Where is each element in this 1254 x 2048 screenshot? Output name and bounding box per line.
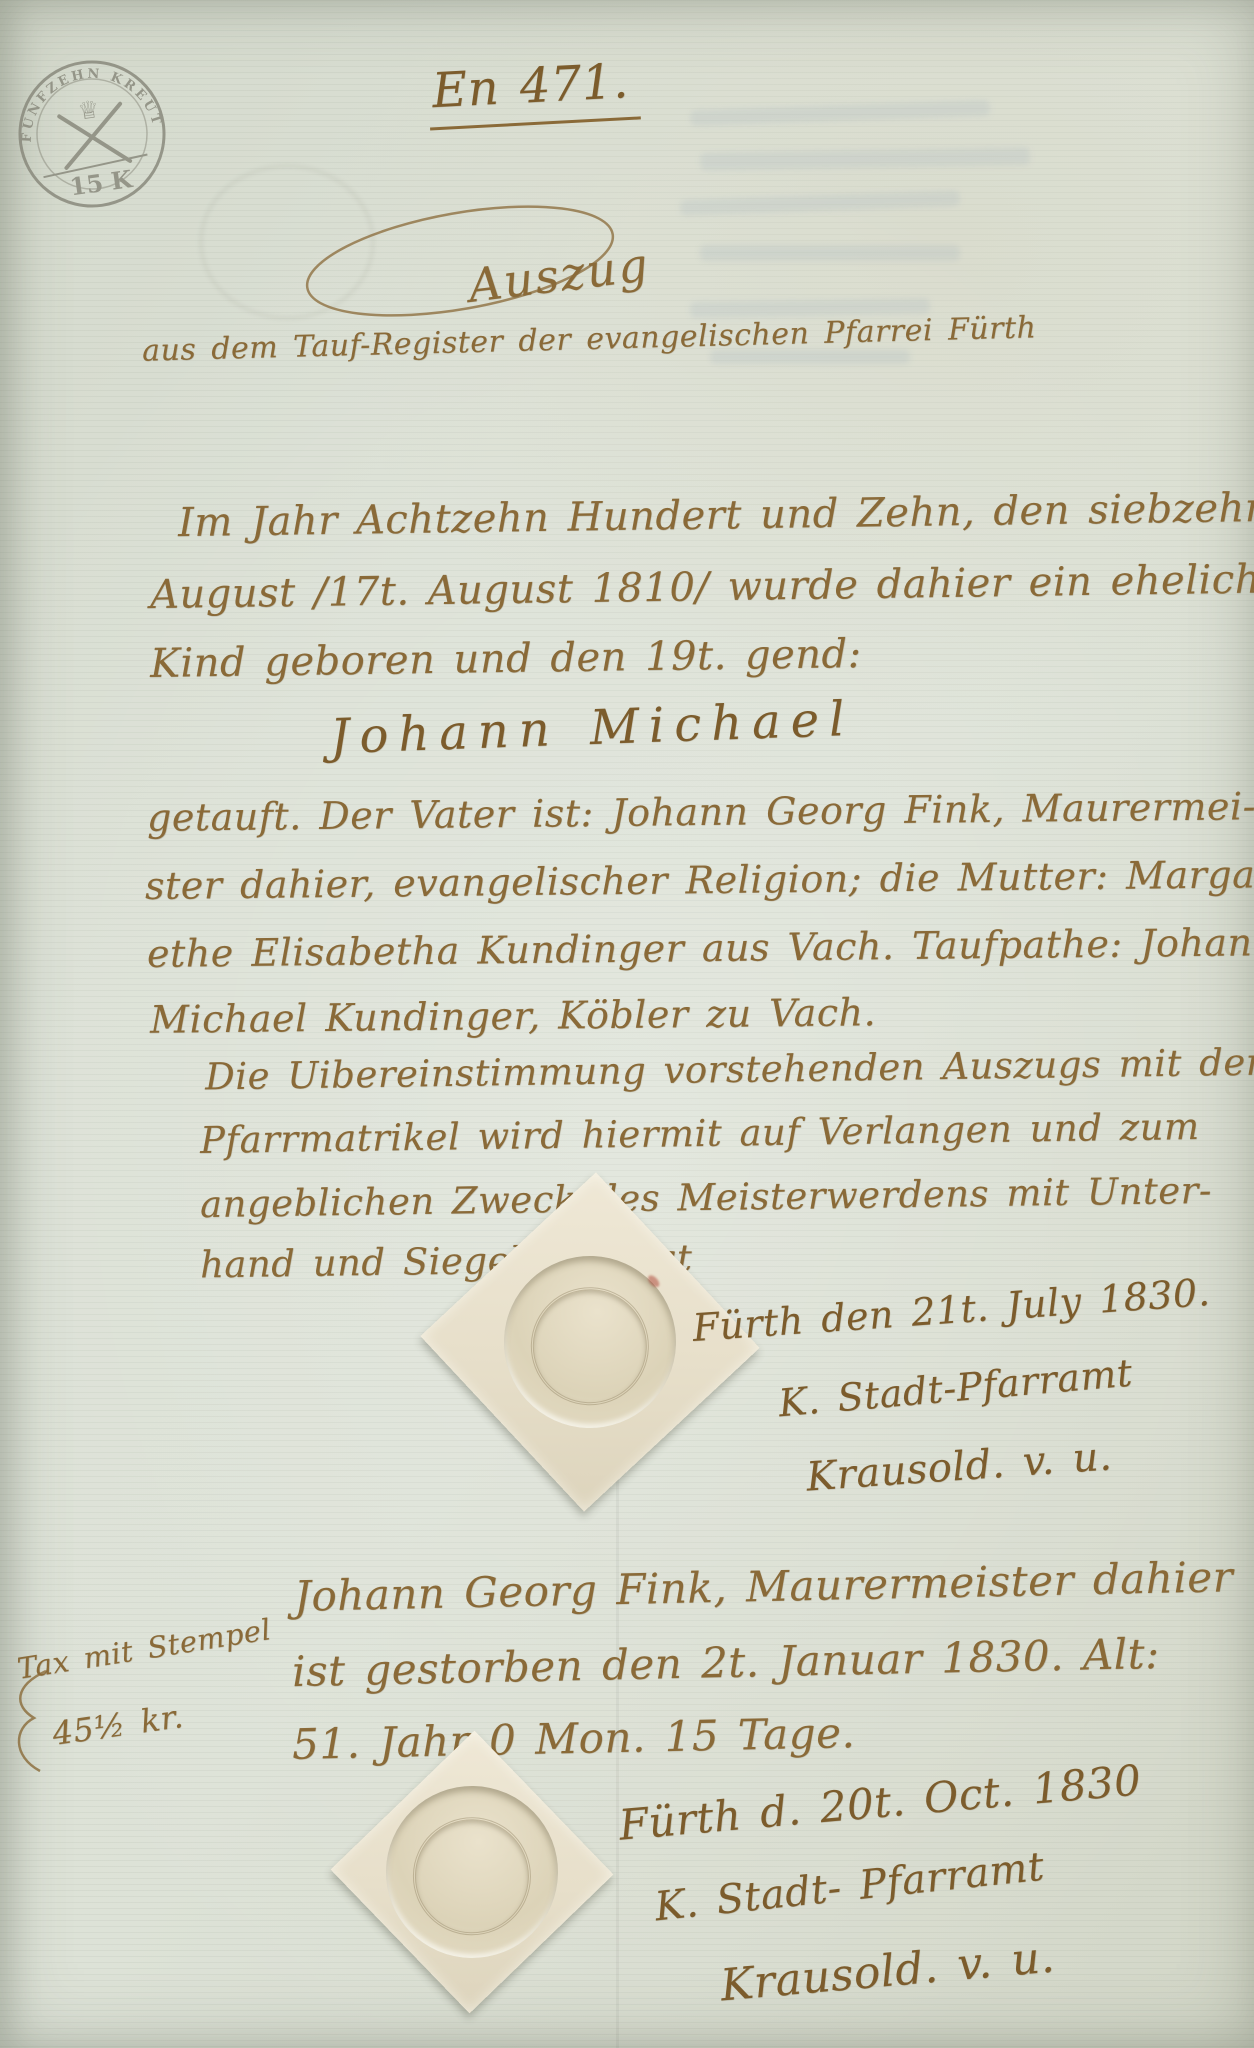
document-scan: FÜNFZEHN KREUTZER ♕ 15 K En 471. Auszug … <box>0 0 1254 2048</box>
signature-place-date-2: Fürth d. 20t. Oct. 1830 <box>617 1755 1143 1849</box>
signature-name-1: Krausold. v. u. <box>805 1433 1114 1500</box>
baptism-entry-line-4: Michael Kundinger, Köbler zu Vach. <box>150 990 877 1042</box>
ink-bleedthrough <box>700 147 1030 171</box>
docket-number: En 471. <box>427 53 640 120</box>
certification-line-1: Die Uibereinstimmung vorstehenden Auszug… <box>205 1041 1254 1099</box>
death-note-line-3: 51. Jahr 0 Mon. 15 Tage. <box>292 1708 856 1769</box>
signature-place-date-1: Fürth den 21t. July 1830. <box>691 1270 1211 1350</box>
baptism-entry-line-3: ethe Elisabetha Kundinger aus Vach. Tauf… <box>147 920 1254 976</box>
signature-office-2: K. Stadt- Pfarramt <box>653 1844 1047 1931</box>
crown-icon: ♕ <box>76 95 101 126</box>
tax-margin-note-line-2: 45½ kr. <box>50 1697 186 1753</box>
baptism-entry-line-1: getauft. Der Vater ist: Johann Georg Fin… <box>147 784 1254 840</box>
death-note-line-1: Johann Georg Fink, Maurermeister dahier <box>294 1552 1234 1621</box>
death-note-line-2: ist gestorben den 2t. Januar 1830. Alt: <box>292 1629 1161 1696</box>
signature-name-2: Krausold. v. u. <box>718 1931 1056 2011</box>
embossed-wafer-seal-2 <box>331 1731 614 2014</box>
ink-bleedthrough <box>680 190 960 216</box>
ink-bleedthrough <box>700 245 960 261</box>
baptism-entry-line-2: ster dahier, evangelischer Religion; die… <box>145 852 1254 908</box>
certification-line-3: angeblichen Zweck des Meisterwerdens mit… <box>200 1169 1212 1226</box>
certification-line-2: Pfarrmatrikel wird hiermit auf Verlangen… <box>200 1105 1200 1162</box>
wax-speck <box>646 1273 661 1289</box>
birth-entry-line-1: Im Jahr Achtzehn Hundert und Zehn, den s… <box>178 484 1254 546</box>
margin-note-flourish <box>6 1666 66 1776</box>
birth-entry-line-3: Kind geboren und den 19t. gend: <box>150 631 862 687</box>
revenue-stamp: FÜNFZEHN KREUTZER ♕ 15 K <box>4 46 180 222</box>
signature-office-1: K. Stadt-Pfarramt <box>777 1351 1135 1426</box>
baptism-name: Johann Michael <box>329 691 855 765</box>
birth-entry-line-2: August /17t. August 1810/ wurde dahier e… <box>150 556 1254 618</box>
ink-bleedthrough <box>690 100 990 126</box>
